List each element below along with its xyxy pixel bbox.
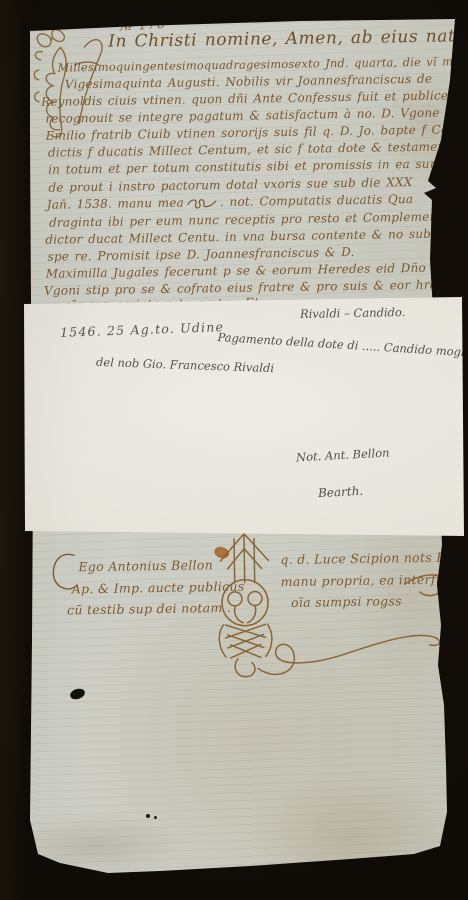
slip-archivist-signature: Bearth. (318, 484, 364, 500)
manuscript-line-12: dictor ducat Millect Centu. in vna bursa… (45, 227, 431, 247)
manuscript-line-10: Jan̄. 1538. manu mea. not. Computatis du… (47, 192, 414, 212)
slip-notary-reference: Not. Ant. Bellon (296, 446, 390, 465)
notary-signum-icon (206, 521, 460, 685)
ink-speck (146, 814, 150, 818)
manuscript-line-10-start: Jan̄. 1538. manu mea (47, 196, 184, 212)
manuscript-line-10-end: . not. Computatis ducatis Qua (220, 192, 413, 209)
slip-heading-names: Rivaldi – Candido. (300, 305, 406, 321)
manuscript-line-8: in totum et per totum constitutis sibi e… (48, 156, 460, 176)
notary-line-1-left: Ego Antonius Bellon (78, 557, 213, 574)
slip-date-place: 1546. 25 Ag.to. Udine (60, 319, 225, 340)
notary-paraph-knot-icon (187, 196, 217, 208)
manuscript-line-9: de prout i instro pactorum dotal vxoris … (48, 175, 412, 195)
archival-slip: Rivaldi – Candido. 1546. 25 Ag.to. Udine… (24, 297, 464, 537)
manuscript-line-3: Vigesimaquinta Augusti. Nobilis vir Joan… (65, 72, 432, 92)
slip-subject-line-2: del nob Gio. Francesco Rivaldi (96, 355, 274, 375)
ink-speck (154, 816, 157, 819)
manuscript-photo: № 170 In Christi nomine, Amen, ab eius n… (0, 0, 468, 900)
manuscript-line-13: spe re. Promisit ipse D. Joannesfrancisc… (47, 245, 354, 264)
slip-subject-line-1: Pagamento della dote di ..... Candido mo… (217, 330, 468, 360)
